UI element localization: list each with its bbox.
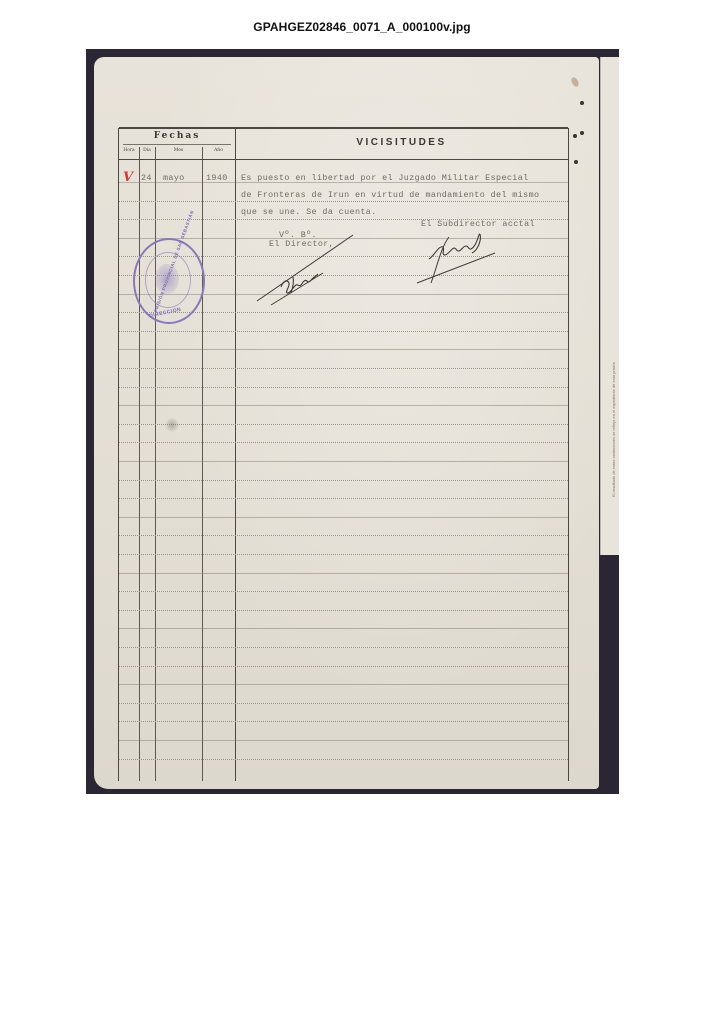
fechas-underline [123, 144, 231, 145]
ruled-line [119, 684, 568, 685]
ruled-line [119, 387, 568, 388]
entry-text-line-3: que se une. Se da cuenta. [241, 207, 377, 217]
punch-hole [573, 134, 577, 138]
back-sheet-text: El resultado de estas anotaciones se ref… [611, 257, 617, 497]
column-header-dia: Día [139, 148, 155, 153]
column-header-hora: Hora [119, 148, 139, 153]
ruled-line [119, 424, 568, 425]
column-divider-hora-dia [139, 147, 140, 781]
prison-director-stamp: PRISIÓN PROVINCIAL DE SAN SEBASTIÁN DIRE… [133, 238, 205, 324]
ruled-line [119, 535, 568, 536]
director-signature [253, 229, 363, 309]
entry-text-line-1: Es puesto en libertad por el Juzgado Mil… [241, 173, 529, 183]
paper-sheet: Fechas Hora Día Mes Año VICISITUDES V 24… [94, 57, 599, 789]
ruled-line [119, 628, 568, 629]
entry-dia: 24 [141, 173, 152, 183]
ruled-line [119, 498, 568, 499]
ruled-line [119, 480, 568, 481]
entry-text-line-2: de Fronteras de Irun en virtud de mandam… [241, 190, 539, 200]
fechas-header: Fechas [119, 129, 235, 143]
ruled-line [119, 368, 568, 369]
column-header-mes: Mes [155, 148, 202, 153]
ruled-line [119, 721, 568, 722]
subdirector-signature [415, 225, 525, 289]
ruled-line [119, 405, 568, 406]
ruled-line [119, 442, 568, 443]
scanned-document: El resultado de estas anotaciones se ref… [86, 49, 619, 794]
ruled-line [119, 517, 568, 518]
punch-hole [580, 101, 584, 105]
ruled-line [119, 610, 568, 611]
entry-mes: mayo [163, 173, 185, 183]
vicisitudes-form-table: Fechas Hora Día Mes Año VICISITUDES V 24… [118, 128, 569, 781]
column-divider-mes-ano [202, 147, 203, 781]
entry-ano: 1940 [206, 173, 228, 183]
ruled-line [119, 461, 568, 462]
ruled-line [119, 349, 568, 350]
ruled-line [119, 591, 568, 592]
ruled-line [119, 573, 568, 574]
ruled-line [119, 647, 568, 648]
vicisitudes-header: VICISITUDES [235, 137, 568, 148]
red-check-mark: V [123, 170, 133, 185]
column-divider-fechas-vicisitudes [235, 129, 236, 781]
stain-mark [570, 76, 580, 88]
ruled-line [119, 740, 568, 741]
form-top-border [119, 127, 568, 128]
file-title: GPAHGEZ02846_0071_A_000100v.jpg [0, 20, 724, 34]
back-sheet-edge: El resultado de estas anotaciones se ref… [600, 57, 619, 555]
ruled-line [119, 759, 568, 760]
ruled-line [119, 703, 568, 704]
header-bottom-border [119, 159, 568, 160]
ruled-line [119, 331, 568, 332]
punch-hole [580, 131, 584, 135]
ruled-line [119, 201, 568, 202]
column-header-ano: Año [202, 148, 235, 153]
ruled-line [119, 666, 568, 667]
punch-hole [574, 160, 578, 164]
ruled-line [119, 554, 568, 555]
ink-smudge [165, 417, 179, 433]
